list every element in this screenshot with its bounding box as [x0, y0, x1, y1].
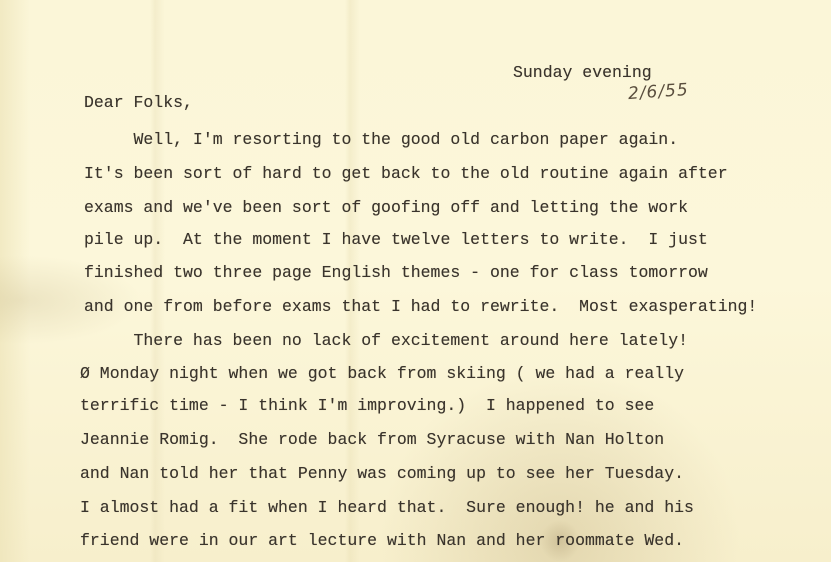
body-line: Well, I'm resorting to the good old carb… — [84, 130, 678, 150]
body-line: and Nan told her that Penny was coming u… — [80, 464, 684, 484]
body-line: There has been no lack of excitement aro… — [84, 331, 688, 351]
body-line: I almost had a fit when I heard that. Su… — [80, 498, 694, 518]
body-line: Ø Monday night when we got back from ski… — [80, 364, 684, 384]
handwritten-date: 2/6/55 — [627, 80, 689, 104]
body-line: pile up. At the moment I have twelve let… — [84, 230, 708, 250]
body-line: It's been sort of hard to get back to th… — [84, 164, 728, 184]
letter-page: Sunday evening 2/6/55 Dear Folks, Well, … — [0, 0, 831, 562]
body-line: exams and we've been sort of goofing off… — [84, 198, 688, 218]
body-line: and one from before exams that I had to … — [84, 297, 757, 317]
body-line: Jeannie Romig. She rode back from Syracu… — [80, 430, 664, 450]
salutation: Dear Folks, — [84, 93, 193, 113]
body-line: friend were in our art lecture with Nan … — [80, 531, 684, 551]
body-line: terrific time - I think I'm improving.) … — [80, 396, 654, 416]
body-line: finished two three page English themes -… — [84, 263, 708, 283]
heading-day: Sunday evening — [513, 63, 652, 83]
